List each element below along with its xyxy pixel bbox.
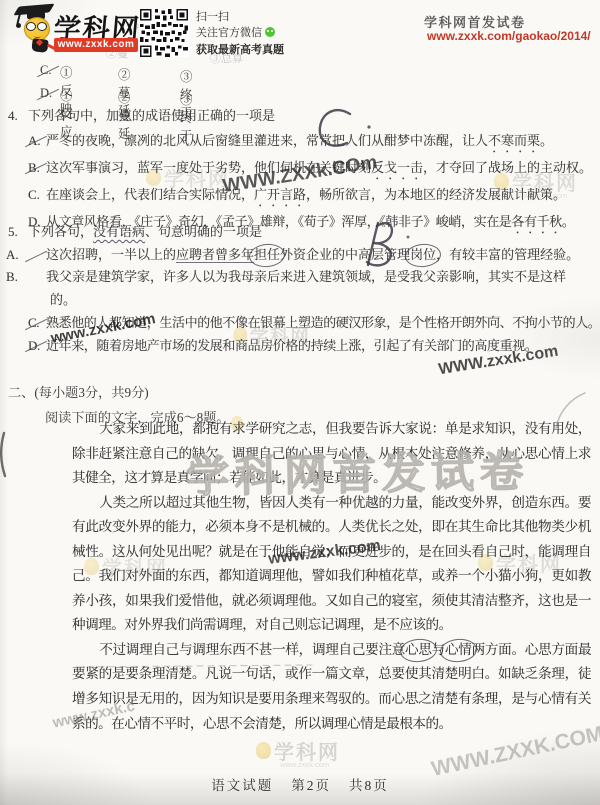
wavy-underlined-text: 没有语病 [93,224,145,239]
option-letter: D. [28,335,46,358]
page-footer: 语文试题 第2页 共8页 [0,774,600,794]
logo-url-strip: www.zxxk.com [54,38,138,52]
option-letter: D. [40,86,58,101]
scanned-exam-page: 学科网 www.zxxk.com 扫一扫 关注官方微信 获取最新高考真题 学科网… [0,0,600,805]
option-a: A.这次招聘，一半以上的应聘者曾多年担任外资企业的中高层管理岗位，有较丰富的管理… [28,244,585,267]
option-b: B.我父亲是建筑学家，许多人以为我母亲后来进入建筑领域，是受我父亲影响，其实不是… [28,266,585,311]
circle-annotation: 岗位 [410,247,436,262]
passage-paragraph-2: 人类之所以超过其他生物，皆因人类有一种优越的力量，能改变外界，创造东西。要有此改… [72,491,591,638]
scan-edge-mark [1,433,5,476]
option-letter: C. [28,312,46,335]
question-stem: 4.下列各句中，加点的成语使用正确的一项是 [8,104,594,129]
circle-annotation: 心情 [445,642,472,657]
option-letter: C. [40,63,58,78]
wechat-icon [265,27,275,37]
watermark-big-center: 学科网首发试卷 [185,438,529,505]
section-heading: 二、(每小题3分，共9分) [8,380,568,405]
option-letter: B. [28,266,46,289]
option-a: A.严冬的夜晚，凛冽的北风从后窗缝里灌进来，常常把人们从酣梦中冻醒，让人不寒而栗… [28,129,594,156]
circle-annotation: 心思 [405,642,432,657]
qr-code-icon [139,9,189,57]
question-stem: 5.下列各句，没有语病、句意明确的一项是 [8,221,594,244]
underlined-text: 应聘者曾多年 [176,247,254,263]
option-letter: A. [28,244,46,267]
logo-blob-icon [256,742,271,759]
footer-page-number: 第2页 [291,774,331,794]
option-c: C.在座谈会上，代表们结合实际情况，广开言路，畅所欲言，为本地区的经济发展献计献… [28,183,594,210]
qr-caption-get: 获取最新高考真题 [196,41,284,57]
dotted-idiom: 不寒而栗 [488,133,540,148]
option-letter: C. [28,183,46,208]
qr-caption-follow: 关注官方微信 [196,24,275,40]
qr-caption-scan: 扫一扫 [196,8,229,24]
publish-url: www.zxxk.com/gaokao/2014/ [427,29,591,43]
footer-doc-title: 语文试题 [211,774,273,794]
option-letter: A. [28,129,46,154]
circle-annotation: 担任 [254,247,280,262]
footer-page-total: 共8页 [349,774,389,794]
watermark-logo: 学科网www.zxxk.com [256,736,340,765]
option-letter: B. [28,156,46,181]
passage-paragraph-3: 不过调理自己与调理东西不甚一样，调理自己要注意心思与心情两方面。心思方面最要紧的… [72,638,591,736]
